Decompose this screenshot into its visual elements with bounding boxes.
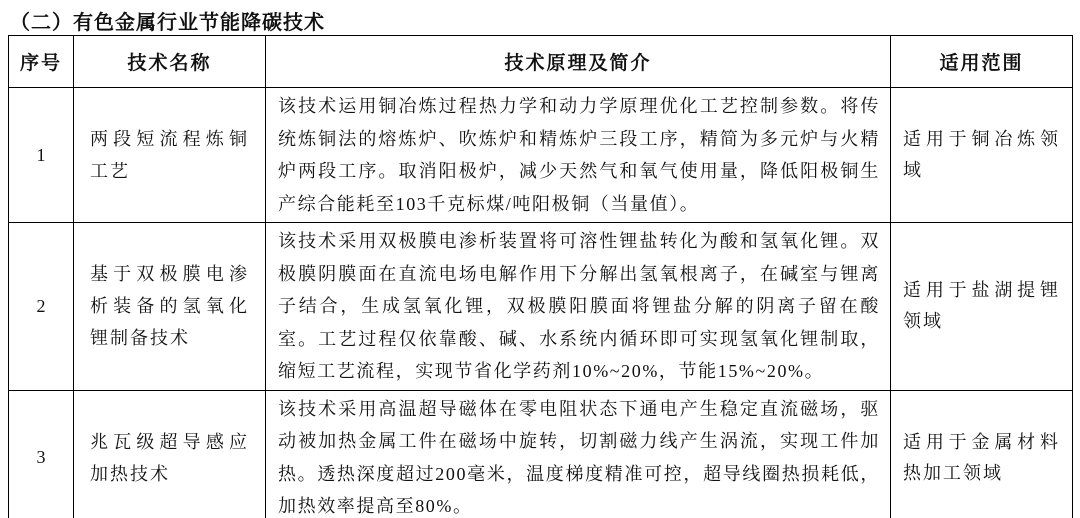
principle-cell: 该技术采用高温超导磁体在零电阻状态下通电产生稳定直流磁场，驱动被加热金属工件在磁…	[266, 390, 891, 518]
header-technology-name: 技术名称	[74, 36, 266, 88]
technology-name-cell: 基于双极膜电渗析装备的氢氧化锂制备技术	[74, 223, 266, 391]
table-row: 1 两段短流程炼铜工艺 该技术运用铜冶炼过程热力学和动力学原理优化工艺控制参数。…	[9, 88, 1073, 223]
serial-number-cell: 3	[9, 390, 74, 518]
serial-number-cell: 1	[9, 88, 74, 223]
principle-cell: 该技术运用铜冶炼过程热力学和动力学原理优化工艺控制参数。将传统炼铜法的熔炼炉、吹…	[266, 88, 891, 223]
header-serial-number: 序号	[9, 36, 74, 88]
principle-cell: 该技术采用双极膜电渗析装置将可溶性锂盐转化为酸和氢氧化锂。双极膜阴膜面在直流电场…	[266, 223, 891, 391]
technology-table: 序号 技术名称 技术原理及简介 适用范围 1 两段短流程炼铜工艺 该技术运用铜冶…	[8, 35, 1073, 518]
scope-cell: 适用于金属材料热加工领域	[891, 390, 1073, 518]
header-principle: 技术原理及简介	[266, 36, 891, 88]
serial-number-cell: 2	[9, 223, 74, 391]
scope-cell: 适用于盐湖提锂领域	[891, 223, 1073, 391]
section-title: （二）有色金属行业节能降碳技术	[8, 4, 1072, 35]
header-scope: 适用范围	[891, 36, 1073, 88]
table-row: 3 兆瓦级超导感应加热技术 该技术采用高温超导磁体在零电阻状态下通电产生稳定直流…	[9, 390, 1073, 518]
technology-name-cell: 两段短流程炼铜工艺	[74, 88, 266, 223]
table-header-row: 序号 技术名称 技术原理及简介 适用范围	[9, 36, 1073, 88]
table-row: 2 基于双极膜电渗析装备的氢氧化锂制备技术 该技术采用双极膜电渗析装置将可溶性锂…	[9, 223, 1073, 391]
document-page: （二）有色金属行业节能降碳技术 序号 技术名称 技术原理及简介 适用范围 1 两…	[0, 0, 1080, 518]
scope-cell: 适用于铜冶炼领域	[891, 88, 1073, 223]
technology-name-cell: 兆瓦级超导感应加热技术	[74, 390, 266, 518]
